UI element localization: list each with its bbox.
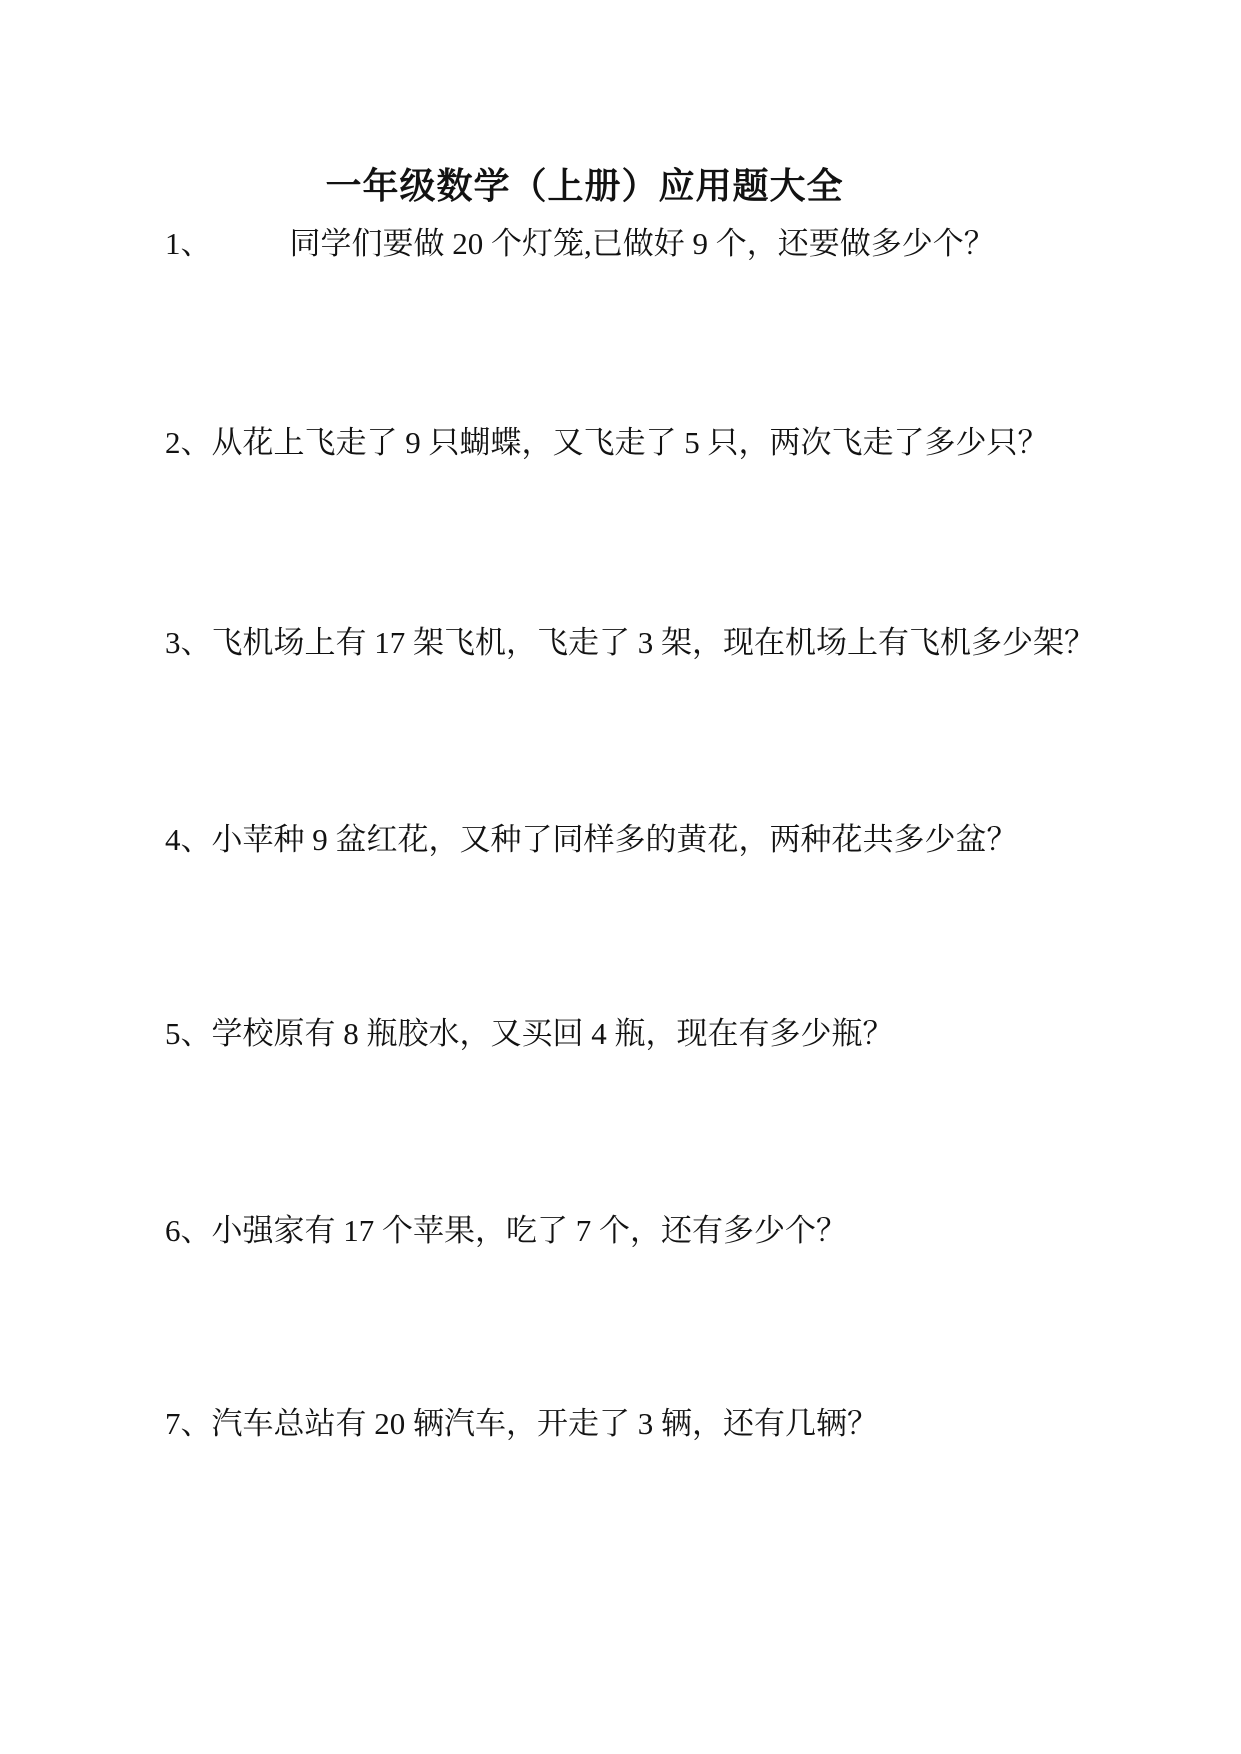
- question-item: 1、同学们要做 20 个灯笼,已做好 9 个，还要做多少个？: [165, 224, 1161, 264]
- question-item: 3、飞机场上有 17 架飞机，飞走了 3 架，现在机场上有飞机多少架？: [165, 623, 1161, 663]
- question-text: 小苹种 9 盆红花，又种了同样多的黄花，两种花共多少盆？: [212, 820, 1018, 860]
- question-text: 学校原有 8 瓶胶水，又买回 4 瓶，现在有多少瓶？: [212, 1014, 894, 1054]
- question-list: 1、同学们要做 20 个灯笼,已做好 9 个，还要做多少个？2、从花上飞走了 9…: [0, 0, 1241, 1754]
- question-item: 5、学校原有 8 瓶胶水，又买回 4 瓶，现在有多少瓶？: [165, 1014, 1161, 1054]
- question-number: 4、: [165, 820, 212, 860]
- question-number: 3、: [165, 623, 212, 663]
- question-text: 汽车总站有 20 辆汽车，开走了 3 辆，还有几辆？: [212, 1404, 879, 1444]
- question-item: 6、小强家有 17 个苹果，吃了 7 个，还有多少个？: [165, 1211, 1161, 1251]
- question-number: 5、: [165, 1014, 212, 1054]
- question-text: 从花上飞走了 9 只蝴蝶，又飞走了 5 只，两次飞走了多少只？: [212, 423, 1049, 463]
- question-number: 6、: [165, 1211, 212, 1251]
- question-item: 7、汽车总站有 20 辆汽车，开走了 3 辆，还有几辆？: [165, 1404, 1161, 1444]
- question-item: 2、从花上飞走了 9 只蝴蝶，又飞走了 5 只，两次飞走了多少只？: [165, 423, 1161, 463]
- question-text: 小强家有 17 个苹果，吃了 7 个，还有多少个？: [212, 1211, 848, 1251]
- question-text: 同学们要做 20 个灯笼,已做好 9 个，还要做多少个？: [290, 224, 995, 264]
- worksheet-page: 一年级数学（上册）应用题大全 1、同学们要做 20 个灯笼,已做好 9 个，还要…: [0, 0, 1241, 1754]
- question-number: 2、: [165, 423, 212, 463]
- question-number: 7、: [165, 1404, 212, 1444]
- question-text: 飞机场上有 17 架飞机，飞走了 3 架，现在机场上有飞机多少架？: [212, 623, 1096, 663]
- question-item: 4、小苹种 9 盆红花，又种了同样多的黄花，两种花共多少盆？: [165, 820, 1161, 860]
- question-number: 1、: [165, 224, 212, 264]
